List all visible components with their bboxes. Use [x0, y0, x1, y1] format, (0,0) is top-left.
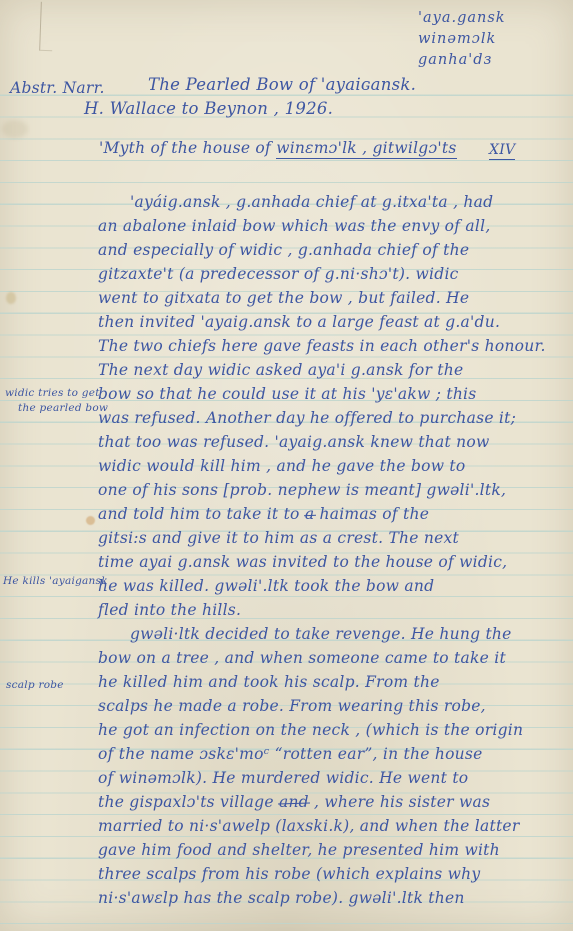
margin-note-line: the pearled bow	[5, 401, 108, 416]
margin-note-scalp-robe: scalp robe	[6, 678, 64, 693]
text-line: married to ni·s'awelp (laxski.k), and wh…	[98, 814, 568, 838]
top-right-pencil-note: ganha'dз	[418, 50, 506, 71]
text-line: scalps he made a robe. From wearing this…	[98, 694, 568, 718]
margin-note-widic-tries: widic tries to get the pearled bow	[5, 386, 108, 415]
text-line: of the name ɔskɛ'moᶜ “rotten ear”, in th…	[98, 742, 568, 766]
text-line: The two chiefs here gave feasts in each …	[98, 334, 568, 358]
top-right-line-2: winəmɔlk	[418, 29, 506, 50]
text-line: he was killed. gwəli'.ltk took the bow a…	[98, 574, 568, 598]
margin-note-line: He kills 'ayaigansk	[3, 574, 108, 589]
section-numeral: XIV	[489, 142, 515, 158]
text-line: the gispaxlɔ'ts village and , where his …	[98, 790, 568, 814]
body-lines: 'ayáig.ansk , g.anhada chief at g.itxa't…	[98, 190, 568, 910]
document-title: The Pearled Bow of 'ayaiɢansk.	[148, 75, 416, 94]
top-right-notes: 'aya.gansk winəmɔlk ganha'dз	[418, 8, 506, 71]
text-line: gave him food and shelter, he presented …	[98, 838, 568, 862]
attribution-line: H. Wallace to Beynon , 1926.	[84, 99, 333, 118]
top-right-line-1: 'aya.gansk	[418, 8, 506, 29]
section-title: 'Myth of the house of winɛmɔ'lk , gitwil…	[99, 139, 457, 157]
text-line: time ayai g.ansk was invited to the hous…	[98, 550, 568, 574]
text-line: he killed him and took his scalp. From t…	[98, 670, 568, 694]
margin-note-line: widic tries to get	[5, 386, 108, 401]
text-line: was refused. Another day he offered to p…	[98, 406, 568, 430]
margin-note-line: scalp robe	[6, 678, 64, 693]
margin-note-he-kills: He kills 'ayaigansk	[3, 574, 108, 589]
text-line: The next day widic asked aya'i g.ansk fo…	[98, 358, 568, 382]
text-line: and especially of widic , g.anhada chief…	[98, 238, 568, 262]
text-line: gwəli·ltk decided to take revenge. He hu…	[98, 622, 568, 646]
text-line: he got an infection on the neck , (which…	[98, 718, 568, 742]
text-line: of winəmɔlk). He murdered widic. He went…	[98, 766, 568, 790]
text-line: gitzaxte't (a predecessor of g.ni·shɔ't)…	[98, 262, 568, 286]
text-line: bow so that he could use it at his 'yɛ'a…	[98, 382, 568, 406]
paper-stain	[6, 292, 16, 304]
text-line: one of his sons [prob. nephew is meant] …	[98, 478, 568, 502]
paper-stain	[2, 120, 28, 138]
text-line: gitsi:s and give it to him as a crest. T…	[98, 526, 568, 550]
text-line: 'ayáig.ansk , g.anhada chief at g.itxa't…	[98, 190, 568, 214]
staple-mark	[39, 2, 54, 51]
text-line: fled into the hills.	[98, 598, 568, 622]
text-line: and told him to take it to a haimas of t…	[98, 502, 568, 526]
text-line: then invited 'ayaig.ansk to a large feas…	[98, 310, 568, 334]
manuscript-page: 'aya.gansk winəmɔlk ganha'dз Abstr. Narr…	[0, 0, 573, 931]
text-line: went to gitxata to get the bow , but fai…	[98, 286, 568, 310]
abstract-label: Abstr. Narr.	[10, 79, 105, 97]
section-numeral-text: XIV	[489, 142, 515, 160]
text-line: bow on a tree , and when someone came to…	[98, 646, 568, 670]
text-line: that too was refused. 'ayaig.ansk knew t…	[98, 430, 568, 454]
text-line: ni·s'awɛlp has the scalp robe). gwəli'.l…	[98, 886, 568, 910]
text-line: three scalps from his robe (which explai…	[98, 862, 568, 886]
paper-stain	[86, 516, 95, 525]
text-line: an abalone inlaid bow which was the envy…	[98, 214, 568, 238]
text-line: widic would kill him , and he gave the b…	[98, 454, 568, 478]
